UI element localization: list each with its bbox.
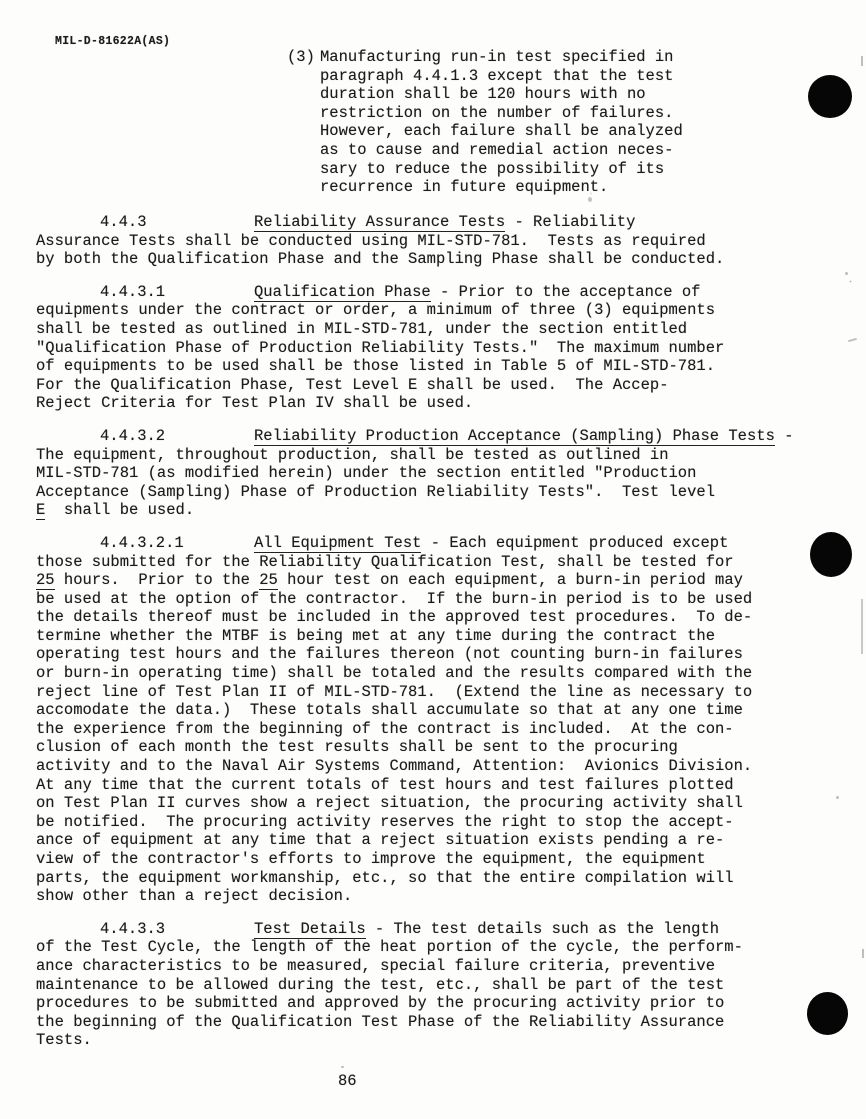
paragraph-number: 4.4.3.2 <box>100 427 254 446</box>
text-line: Reject Criteria for Test Plan IV shall b… <box>36 394 836 413</box>
text-line: shall be tested as outlined in MIL-STD-7… <box>36 320 836 339</box>
scan-artifact <box>836 796 839 799</box>
text-line: 25 hours. Prior to the 25 hour test on e… <box>36 571 836 590</box>
scan-artifact <box>861 56 863 66</box>
paragraph-heading: Test Details <box>254 920 366 939</box>
text-line: restriction on the number of failures. <box>320 104 683 123</box>
text-line: "Qualification Phase of Production Relia… <box>36 339 836 358</box>
text-line: those submitted for the Reliability Qual… <box>36 553 836 572</box>
paragraph-heading: All Equipment Test <box>254 534 421 553</box>
text-line: be notified. The procuring activity rese… <box>36 813 836 832</box>
paragraph-heading: Reliability Assurance Tests <box>254 213 505 232</box>
text-line: MIL-STD-781 (as modified herein) under t… <box>36 464 836 483</box>
text-line: recurrence in future equipment. <box>320 178 683 197</box>
text-line: At any time that the current totals of t… <box>36 776 836 795</box>
text-line: accomodate the data.) These totals shall… <box>36 701 836 720</box>
punch-hole-mark-top <box>808 75 852 118</box>
text-line: of equipments to be used shall be those … <box>36 357 836 376</box>
text-line: operating test hours and the failures th… <box>36 645 836 664</box>
text-line: E shall be used. <box>36 501 836 520</box>
list-item-text: Manufacturing run-in test specified inpa… <box>320 48 683 197</box>
scan-artifact <box>341 1066 344 1068</box>
text-line: procedures to be submitted and approved … <box>36 994 836 1013</box>
text-line: view of the contractor's efforts to impr… <box>36 850 836 869</box>
paragraph-first-line: 4.4.3.3Test Details - The test details s… <box>36 920 836 939</box>
paragraph-number: 4.4.3 <box>100 213 254 232</box>
text-line: on Test Plan II curves show a reject sit… <box>36 794 836 813</box>
scan-artifact <box>845 272 848 275</box>
paragraph-number: 4.4.3.2.1 <box>100 534 254 553</box>
paragraph: 4.4.3Reliability Assurance Tests - Relia… <box>36 213 836 269</box>
paragraph-lines: The equipment, throughout production, sh… <box>36 446 836 520</box>
paragraph-heading-rest: - <box>775 427 794 445</box>
text-line: The equipment, throughout production, sh… <box>36 446 836 465</box>
text-line: clusion of each month the test results s… <box>36 738 836 757</box>
paragraph: 4.4.3.3Test Details - The test details s… <box>36 920 836 1050</box>
text-line: For the Qualification Phase, Test Level … <box>36 376 836 395</box>
text-line: duration shall be 120 hours with no <box>320 85 683 104</box>
paragraph-first-line: 4.4.3.2.1All Equipment Test - Each equip… <box>36 534 836 553</box>
text-line: maintenance to be allowed during the tes… <box>36 976 836 995</box>
scanned-document-page: MIL-D-81622A(AS) (3) Manufacturing run-i… <box>0 0 866 1119</box>
text-line: Tests. <box>36 1031 836 1050</box>
scan-artifact <box>862 949 864 958</box>
paragraph-first-line: 4.4.3.2Reliability Production Acceptance… <box>36 427 836 446</box>
text-line: show other than a reject decision. <box>36 887 836 906</box>
text-line: or burn-in operating time) shall be tota… <box>36 664 836 683</box>
page-number: 86 <box>338 1072 357 1091</box>
text-line: ance of equipment at any time that a rej… <box>36 831 836 850</box>
text-line: by both the Qualification Phase and the … <box>36 250 836 269</box>
text-line: as to cause and remedial action neces- <box>320 141 683 160</box>
document-body: 4.4.3Reliability Assurance Tests - Relia… <box>36 213 836 1064</box>
text-line: Acceptance (Sampling) Phase of Productio… <box>36 483 836 502</box>
text-line: paragraph 4.4.1.3 except that the test <box>320 67 683 86</box>
paragraph-lines: equipments under the contract or order, … <box>36 301 836 413</box>
text-line: the details thereof must be included in … <box>36 608 836 627</box>
paragraph-number: 4.4.3.3 <box>100 920 254 939</box>
list-item-marker: (3) <box>287 48 315 67</box>
text-line: the experience from the beginning of the… <box>36 720 836 739</box>
text-line: Assurance Tests shall be conducted using… <box>36 232 836 251</box>
text-line: termine whether the MTBF is being met at… <box>36 627 836 646</box>
text-line: of the Test Cycle, the length of the hea… <box>36 938 836 957</box>
paragraph-first-line: 4.4.3Reliability Assurance Tests - Relia… <box>36 213 836 232</box>
scan-artifact <box>861 599 863 654</box>
scan-artifact <box>588 197 592 202</box>
paragraph-heading-rest: - Prior to the acceptance of <box>431 283 701 301</box>
text-line: parts, the equipment workmanship, etc., … <box>36 869 836 888</box>
text-line: be used at the option of the contractor.… <box>36 590 836 609</box>
paragraph-number: 4.4.3.1 <box>100 283 254 302</box>
document-id: MIL-D-81622A(AS) <box>55 33 170 52</box>
text-line: Manufacturing run-in test specified in <box>320 48 683 67</box>
text-line: equipments under the contract or order, … <box>36 301 836 320</box>
text-line: the beginning of the Qualification Test … <box>36 1013 836 1032</box>
paragraph-first-line: 4.4.3.1Qualification Phase - Prior to th… <box>36 283 836 302</box>
paragraph-heading: Reliability Production Acceptance (Sampl… <box>254 427 775 446</box>
text-line: However, each failure shall be analyzed <box>320 122 683 141</box>
paragraph-heading-rest: - Each equipment produced except <box>421 534 728 552</box>
paragraph-lines: those submitted for the Reliability Qual… <box>36 553 836 906</box>
paragraph: 4.4.3.2.1All Equipment Test - Each equip… <box>36 534 836 906</box>
scan-artifact <box>848 338 857 342</box>
paragraph-heading: Qualification Phase <box>254 283 431 302</box>
list-item-3: (3) Manufacturing run-in test specified … <box>287 48 683 197</box>
text-line: ance characteristics to be measured, spe… <box>36 957 836 976</box>
paragraph-heading-rest: - Reliability <box>505 213 635 231</box>
paragraph-heading-rest: - The test details such as the length <box>366 920 719 938</box>
paragraph-lines: of the Test Cycle, the length of the hea… <box>36 938 836 1050</box>
paragraph: 4.4.3.1Qualification Phase - Prior to th… <box>36 283 836 413</box>
text-line: activity and to the Naval Air Systems Co… <box>36 757 836 776</box>
paragraph-lines: Assurance Tests shall be conducted using… <box>36 232 836 269</box>
text-line: sary to reduce the possibility of its <box>320 160 683 179</box>
paragraph: 4.4.3.2Reliability Production Acceptance… <box>36 427 836 520</box>
text-line: reject line of Test Plan II of MIL-STD-7… <box>36 683 836 702</box>
